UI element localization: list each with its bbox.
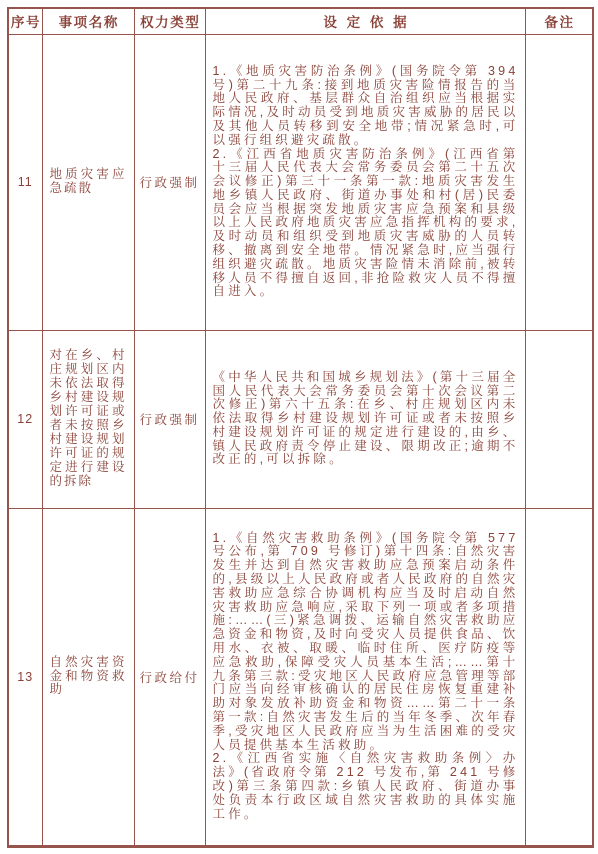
header-remarks: 备注 <box>525 8 593 34</box>
header-item-name-label: 事项名称 <box>59 15 119 30</box>
header-setting-basis: 设定依据 <box>205 8 525 34</box>
remarks-cell <box>525 330 593 508</box>
item-name-cell: 自然灾害资金和物资救助 <box>42 508 134 846</box>
header-remarks-label: 备注 <box>544 15 574 30</box>
header-item-name: 事项名称 <box>42 8 134 34</box>
power-type-cell: 行政强制 <box>134 330 205 508</box>
power-type-cell: 行政强制 <box>134 34 205 330</box>
basis-paragraph: 2.《江西省实施〈自然灾害救助条例〉办法》(省政府令第 212 号发布,第 24… <box>213 752 519 821</box>
header-power-type: 权力类型 <box>134 8 205 34</box>
table-row: 13 自然灾害资金和物资救助 行政给付 1.《自然灾害救助条例》(国务院令第 5… <box>8 508 593 846</box>
basis-paragraph: 2.《江西省地质灾害防治条例》(江西省第十三届人民代表大会常务委员会第二十五次会… <box>213 148 519 300</box>
serial-number-cell: 11 <box>8 34 42 330</box>
header-row: 序号 事项名称 权力类型 设定依据 备注 <box>8 8 593 34</box>
table-row: 12 对在乡、村庄规划区内未依法取得乡村建设规划许可证或者未按照乡村建设规划许可… <box>8 330 593 508</box>
setting-basis-cell: 1.《地质灾害防治条例》(国务院令第 394 号)第二十九条:接到地质灾害险情报… <box>205 34 525 330</box>
setting-basis-cell: 1.《自然灾害救助条例》(国务院令第 577 号公布,第 709 号修订)第十四… <box>205 508 525 846</box>
header-serial-number: 序号 <box>8 8 42 34</box>
power-type-cell: 行政给付 <box>134 508 205 846</box>
authority-items-table: 序号 事项名称 权力类型 设定依据 备注 11 地质灾害应急疏散 行政强制 1.… <box>7 7 594 848</box>
remarks-cell <box>525 34 593 330</box>
remarks-cell <box>525 508 593 846</box>
item-name-cell: 地质灾害应急疏散 <box>42 34 134 330</box>
header-serial-number-label: 序号 <box>11 15 41 30</box>
document-page: 序号 事项名称 权力类型 设定依据 备注 11 地质灾害应急疏散 行政强制 1.… <box>0 0 598 854</box>
basis-paragraph: 1.《自然灾害救助条例》(国务院令第 577 号公布,第 709 号修订)第十四… <box>213 532 519 753</box>
setting-basis-cell: 《中华人民共和国城乡规划法》(第十三届全国人民代表大会常务委员会第十次会议第二次… <box>205 330 525 508</box>
header-setting-basis-label: 设定依据 <box>323 15 416 30</box>
table-row: 11 地质灾害应急疏散 行政强制 1.《地质灾害防治条例》(国务院令第 394 … <box>8 34 593 330</box>
serial-number-cell: 12 <box>8 330 42 508</box>
serial-number-cell: 13 <box>8 508 42 846</box>
header-power-type-label: 权力类型 <box>140 15 200 30</box>
basis-paragraph: 《中华人民共和国城乡规划法》(第十三届全国人民代表大会常务委员会第十次会议第二次… <box>213 371 519 468</box>
basis-paragraph: 1.《地质灾害防治条例》(国务院令第 394 号)第二十九条:接到地质灾害险情报… <box>213 65 519 148</box>
item-name-cell: 对在乡、村庄规划区内未依法取得乡村建设规划许可证或者未按照乡村建设规划许可证的规… <box>42 330 134 508</box>
